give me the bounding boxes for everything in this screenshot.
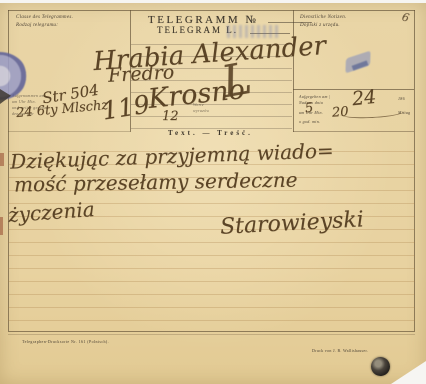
form-border-bottom-2 <box>8 334 415 335</box>
handwritten-page-number: 6 <box>401 10 411 24</box>
telegram-scan: TELEGRAMM № TELEGRAM L. Classe des Teleg… <box>0 0 426 384</box>
class-box-label-de: Classe des Telegrammes. <box>16 15 73 21</box>
edge-mark-2 <box>0 217 3 235</box>
submit-row2-pl: o god. min. <box>299 119 320 124</box>
form-border-bottom <box>8 331 415 332</box>
left-column-bottom <box>8 131 130 132</box>
class-box-label-pl: Rodzaj telegramu: <box>16 23 58 29</box>
notes-box-label-pl: Dopiski z urzędu. <box>300 23 340 29</box>
handwriting-flourish-right <box>340 105 405 119</box>
telegram-paper: TELEGRAMM № TELEGRAM L. Classe des Teleg… <box>0 3 426 384</box>
footer-imprint-right: Druck von J. B. Wallishauser. <box>312 348 368 353</box>
footer-imprint-left: Telegraphen-Drucksorte Nr. 161 (Polnisch… <box>22 339 109 344</box>
notes-box-label-de: Dienstliche Notizen. <box>300 15 347 21</box>
form-title-pl: TELEGRAM L. <box>157 25 238 35</box>
message-line-2: mość przesełamy serdeczne <box>14 168 298 197</box>
submit-label-de: Aufgegeben am | <box>299 94 330 99</box>
text-divider: Text. — Treść. <box>168 129 253 137</box>
submit-year: 186 <box>398 96 405 101</box>
form-border-top <box>8 10 415 11</box>
handwritten-number-2: 12 <box>162 109 179 124</box>
seal-grommet <box>371 357 390 376</box>
edge-mark-1 <box>0 153 4 166</box>
submit-box-bottom <box>293 131 414 132</box>
receive-line-2: um Uhr Min. <box>12 99 36 104</box>
column-divider-right <box>293 10 294 132</box>
